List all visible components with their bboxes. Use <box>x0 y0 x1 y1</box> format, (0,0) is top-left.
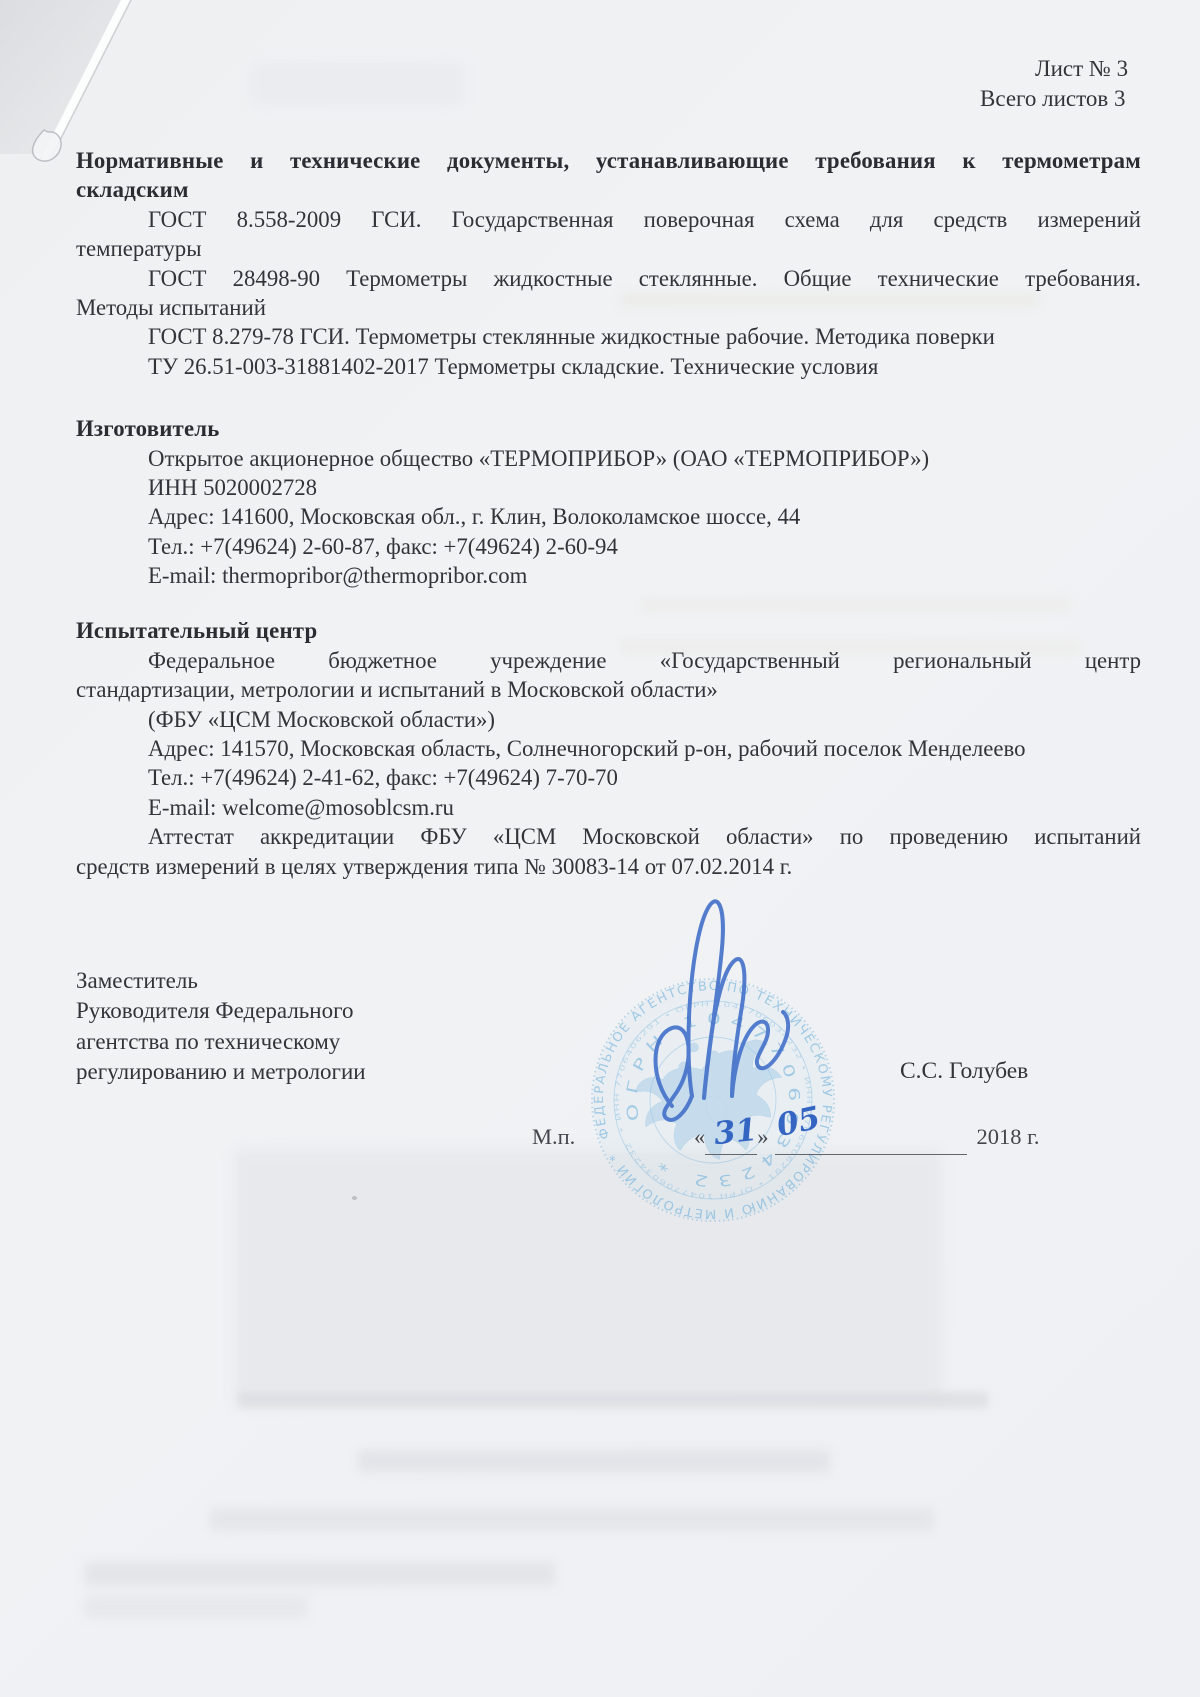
test-center-section: Испытательный центр Федеральное бюджетно… <box>76 616 1141 881</box>
date-year: 2018 г. <box>977 1119 1040 1155</box>
total-sheets: Всего листов 3 <box>980 84 1180 114</box>
standard-entry: Методы испытаний <box>76 293 1141 322</box>
bleed-through-artifact <box>238 1392 988 1408</box>
standards-heading-line: Нормативные и технические документы, уст… <box>76 146 1141 175</box>
test-center-abbr: (ФБУ «ЦСМ Московской области») <box>76 705 1141 734</box>
sheet-header: Лист № 3 Всего листов 3 <box>980 54 1180 114</box>
manufacturer-name: Открытое акционерное общество «ТЕРМОПРИБ… <box>76 444 1141 473</box>
date-day-blank: 31 <box>705 1118 757 1155</box>
dust-speck-artifact <box>352 1196 357 1200</box>
signer-position-line: агентства по техническому <box>76 1027 506 1057</box>
signer-position-line: Руководителя Федерального <box>76 996 506 1026</box>
signer-name: С.С. Голубев <box>900 1058 1028 1085</box>
test-center-name: Федеральное бюджетное учреждение «Госуда… <box>76 646 1141 675</box>
seal-place-label: М.п. <box>532 1124 575 1150</box>
standard-entry: температуры <box>76 234 1141 263</box>
standard-entry: ТУ 26.51-003-31881402-2017 Термометры ск… <box>76 352 1141 381</box>
scanned-document-page: Лист № 3 Всего листов 3 Нормативные и те… <box>0 0 1200 1697</box>
sheet-number: Лист № 3 <box>980 54 1180 84</box>
standards-heading-line: складским <box>76 175 1141 204</box>
accreditation-note: Аттестат аккредитации ФБУ «ЦСМ Московско… <box>76 822 1141 851</box>
date-line: « 31 » 05 2018 г. <box>694 1118 1039 1155</box>
manufacturer-heading: Изготовитель <box>76 414 1141 443</box>
test-center-email: E-mail: welcome@mosoblcsm.ru <box>76 793 1141 822</box>
standard-entry: ГОСТ 28498-90 Термометры жидкостные стек… <box>76 264 1141 293</box>
signer-position-line: Заместитель <box>76 966 506 996</box>
accreditation-note: средств измерений в целях утверждения ти… <box>76 852 1141 881</box>
bleed-through-artifact <box>250 62 465 106</box>
document-body: Нормативные и технические документы, уст… <box>76 146 1141 881</box>
manufacturer-inn: ИНН 5020002728 <box>76 473 1141 502</box>
manufacturer-phone: Тел.: +7(49624) 2-60-87, факс: +7(49624)… <box>76 532 1141 561</box>
signer-position-line: регулированию и метрологии <box>76 1057 506 1087</box>
date-month-blank: 05 <box>775 1118 967 1155</box>
bleed-through-artifact <box>85 1596 307 1618</box>
signer-position-block: Заместитель Руководителя Федерального аг… <box>76 966 506 1087</box>
standard-entry: ГОСТ 8.558-2009 ГСИ. Государственная пов… <box>76 205 1141 234</box>
test-center-name: стандартизации, метрологии и испытаний в… <box>76 675 1141 704</box>
standard-entry: ГОСТ 8.279-78 ГСИ. Термометры стеклянные… <box>76 322 1141 351</box>
handwritten-day: 31 <box>712 1112 759 1152</box>
manufacturer-address: Адрес: 141600, Московская обл., г. Клин,… <box>76 502 1141 531</box>
bleed-through-artifact <box>85 1562 555 1586</box>
date-open-quote: « <box>694 1119 705 1155</box>
test-center-heading: Испытательный центр <box>76 616 1141 645</box>
date-close-quote: » <box>757 1119 768 1155</box>
test-center-address: Адрес: 141570, Московская область, Солне… <box>76 734 1141 763</box>
signature-ink <box>620 868 810 1128</box>
bleed-through-artifact <box>358 1450 830 1472</box>
manufacturer-email: E-mail: thermopribor@thermopribor.com <box>76 561 1141 590</box>
test-center-phone: Тел.: +7(49624) 2-41-62, факс: +7(49624)… <box>76 763 1141 792</box>
manufacturer-section: Изготовитель Открытое акционерное общест… <box>76 414 1141 590</box>
bleed-through-artifact <box>210 1508 934 1531</box>
handwritten-month: 05 <box>773 1100 823 1144</box>
